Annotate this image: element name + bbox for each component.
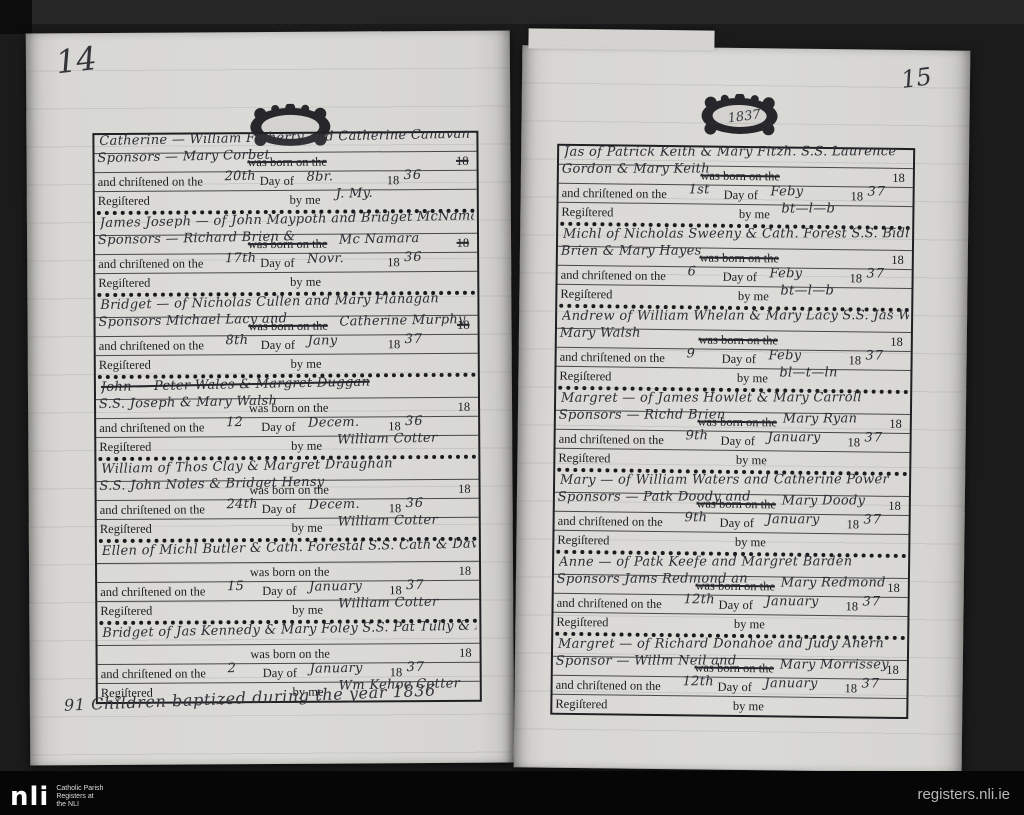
christening-day: 12 <box>226 415 243 430</box>
entry-sponsors: Brien & Mary Hayes <box>561 244 702 259</box>
born-label: was born on the <box>250 647 330 662</box>
registered-label: Regiſtered <box>558 451 610 467</box>
entry-child-and-parents: Ellen of Michl Butler & Cath. Forestal S… <box>102 537 477 560</box>
by-me-label: by me <box>290 193 321 208</box>
register-scan: 14 Catherine — William Flaherty and Cath… <box>0 0 1024 815</box>
entry-born-note: Mary Redmond <box>780 575 885 590</box>
christening-month: January <box>766 594 819 609</box>
christening-year-suffix: 37 <box>867 266 886 281</box>
christening-day: 8th <box>225 333 248 348</box>
entry-sponsors: Sponsors — Mary Corbet <box>97 148 270 166</box>
christened-label: and chriſtened on the <box>99 420 204 436</box>
by-me-label: by me <box>290 275 321 290</box>
by-me-label: by me <box>291 439 322 454</box>
christening-year-prefix: 18 <box>845 599 858 614</box>
baptism-entry: Margret — of Richard Donahoe and Judy Ah… <box>552 632 907 717</box>
birth-year-prefix: 18 <box>459 646 472 661</box>
baptism-entry: William of Thos Clay & Margret Draughan … <box>96 455 478 538</box>
by-me-label: by me <box>739 207 770 222</box>
christened-label: and chriſtened on the <box>99 338 204 354</box>
christening-day: 20th <box>224 169 256 185</box>
christened-label: and chriſtened on the <box>561 268 666 284</box>
baptism-entry: Ellen of Michl Butler & Cath. Forestal S… <box>97 537 479 620</box>
christening-year-prefix: 18 <box>849 353 862 368</box>
christening-year-suffix: 37 <box>868 184 887 199</box>
born-label: was born on the <box>250 565 330 580</box>
christening-day: 2 <box>227 661 236 676</box>
register-page-left: 14 Catherine — William Flaherty and Cath… <box>26 31 514 766</box>
day-of-label: Day of <box>263 666 297 681</box>
christening-month: Decem. <box>308 497 360 513</box>
entry-child-and-parents: Bridget of Jas Kennedy & Mary Foley S.S.… <box>102 619 477 642</box>
born-label: was born on the <box>697 414 777 430</box>
scan-corner-block <box>0 0 32 34</box>
christening-year-suffix: 36 <box>405 414 424 429</box>
birth-year-prefix: 18 <box>456 154 469 169</box>
christening-month: Feby <box>769 348 802 363</box>
by-me-label: by me <box>735 535 766 550</box>
christening-year-prefix: 18 <box>847 517 860 532</box>
by-me-label: by me <box>292 603 323 618</box>
by-me-label: by me <box>737 371 768 386</box>
christening-month: Feby <box>771 184 804 199</box>
christening-month: January <box>309 579 362 595</box>
birth-year-prefix: 18 <box>458 400 471 415</box>
entry-child-and-parents: John — Peter Wales & Margret Duggan <box>101 375 371 395</box>
baptism-entry: Jas of Patrick Keith & Mary Fitzh. S.S. … <box>558 146 913 225</box>
christening-day: 9th <box>685 510 708 525</box>
christened-label: and chriſtened on the <box>559 432 664 448</box>
entry-child-and-parents: William of Thos Clay & Margret Draughan <box>101 456 393 477</box>
entry-child-and-parents: Margret — of James Howlet & Mary Carroll <box>561 390 862 406</box>
by-me-label: by me <box>292 521 323 536</box>
christening-day: 9th <box>686 428 709 443</box>
christening-year-suffix: 37 <box>404 332 423 347</box>
scan-footer-band: nli Catholic Parish Registers at the NLI… <box>0 771 1024 815</box>
christened-label: and chriſtened on the <box>98 174 203 190</box>
registered-label: Regiſtered <box>559 369 611 385</box>
by-me-label: by me <box>734 617 765 632</box>
day-of-label: Day of <box>262 584 296 599</box>
entry-born-note: Mc Namara <box>339 231 420 248</box>
by-me-label: by me <box>733 699 764 714</box>
born-label: was born on the <box>700 168 780 184</box>
born-label: was born on the <box>696 496 776 512</box>
born-label: was born on the <box>249 401 329 416</box>
christened-label: and chriſtened on the <box>557 596 662 612</box>
entry-name-row: Ellen of Michl Butler & Cath. Forestal S… <box>97 543 479 564</box>
christening-day: 24th <box>226 497 258 513</box>
page-tab <box>528 28 714 50</box>
baptism-entry: Mary — of William Waters and Catherine P… <box>554 468 909 553</box>
day-of-label: Day of <box>718 680 753 695</box>
by-me-label: by me <box>738 289 769 304</box>
birth-year-prefix: 18 <box>887 581 900 596</box>
baptism-form-left: Catherine — William Flaherty and Catheri… <box>92 131 481 704</box>
christened-label: and chriſtened on the <box>101 666 206 682</box>
entry-born-note: Catherine Murphy <box>340 312 467 330</box>
christening-month: January <box>767 512 820 527</box>
christened-label: and chriſtened on the <box>98 256 203 272</box>
entry-sponsors: Mary Walsh <box>560 326 641 341</box>
entry-child-and-parents: Michl of Nicholas Sweeny & Cath. Forest … <box>563 226 910 242</box>
christening-year-suffix: 37 <box>862 676 881 691</box>
birth-year-prefix: 18 <box>891 253 904 268</box>
baptism-entry: Anne — of Patk Keefe and Margret Barden … <box>553 550 908 635</box>
entry-born-note: Mary Morrissey <box>779 657 888 672</box>
baptism-entry: John — Peter Wales & Margret Duggan S.S.… <box>96 373 478 456</box>
entry-child-and-parents: Mary — of William Waters and Catherine P… <box>560 472 889 488</box>
site-watermark: registers.nli.ie <box>917 786 1010 803</box>
logo-caption-line3: the NLI <box>56 801 79 808</box>
christening-month: Decem. <box>308 415 360 431</box>
birth-year-prefix: 18 <box>886 663 899 678</box>
day-of-label: Day of <box>262 502 296 517</box>
entry-sponsors: Gordon & Mary Keith <box>562 162 710 177</box>
registrar-signature: bt—l—b <box>780 283 834 298</box>
entry-child-and-parents: Jas of Patrick Keith & Mary Fitzh. S.S. … <box>564 144 896 160</box>
christening-day: 15 <box>227 579 244 594</box>
entry-christening-row: and chriſtened on the 8th Day of Jany 18… <box>96 335 478 356</box>
born-label: was born on the <box>699 250 779 266</box>
entry-registered-row: Regiſtered by me William Cotter <box>97 600 479 620</box>
christening-month: Feby <box>770 266 803 281</box>
baptism-entry: Bridget — of Nicholas Cullen and Mary Fl… <box>95 291 477 374</box>
registered-label: Regiſtered <box>98 194 150 209</box>
christening-year-suffix: 37 <box>866 348 885 363</box>
entry-christening-row: and chriſtened on the 17th Day of Novr. … <box>95 253 477 274</box>
by-me-label: by me <box>736 453 767 468</box>
page-number-left: 14 <box>54 39 99 81</box>
christening-year-suffix: 37 <box>406 660 425 675</box>
baptism-form-right: Jas of Patrick Keith & Mary Fitzh. S.S. … <box>550 144 915 719</box>
day-of-label: Day of <box>260 256 294 271</box>
page-number-right: 15 <box>900 62 934 94</box>
christening-year-prefix: 18 <box>851 189 864 204</box>
day-of-label: Day of <box>724 188 759 203</box>
christening-day: 12th <box>683 674 714 689</box>
entry-born-note: Mary Doody <box>781 493 865 508</box>
christened-label: and chriſtened on the <box>556 678 661 694</box>
born-label: was born on the <box>698 332 778 348</box>
born-label: was born on the <box>249 483 329 498</box>
christening-year-suffix: 36 <box>405 496 424 511</box>
christening-year-suffix: 37 <box>864 512 883 527</box>
entry-registered-row: Regiſtered by me <box>552 695 906 717</box>
baptism-entry: Catherine — William Flaherty and Catheri… <box>94 133 476 210</box>
entry-christening-row: and chriſtened on the 20th Day of 8br. 1… <box>95 171 477 192</box>
christening-year-prefix: 18 <box>848 435 861 450</box>
christened-label: and chriſtened on the <box>100 584 205 600</box>
registered-label: Regiſtered <box>561 205 613 221</box>
christening-year-suffix: 37 <box>406 578 425 593</box>
entry-registered-row: Regiſtered by me <box>95 272 477 292</box>
registered-label: Regiſtered <box>556 615 608 631</box>
christening-year-prefix: 18 <box>387 173 400 188</box>
day-of-label: Day of <box>261 338 295 353</box>
day-of-label: Day of <box>721 434 756 449</box>
entry-child-and-parents: Catherine — William Flaherty and Catheri… <box>99 127 470 149</box>
entry-registered-row: Regiſtered by me <box>96 354 478 374</box>
registered-label: Regiſtered <box>100 604 152 619</box>
christening-month: Novr. <box>307 251 344 267</box>
day-of-label: Day of <box>723 270 758 285</box>
baptism-entry: James Joseph — of John Maypoth and Bridg… <box>95 209 477 292</box>
born-label: was born on the <box>248 319 328 334</box>
entry-child-and-parents: Margret — of Richard Donahoe and Judy Ah… <box>558 636 884 652</box>
register-page-right: 15 1837 Jas of Patrick Keith & Mary Fitz… <box>514 45 971 772</box>
christened-label: and chriſtened on the <box>560 350 665 366</box>
birth-year-prefix: 18 <box>459 564 472 579</box>
entry-child-and-parents: Bridget — of Nicholas Cullen and Mary Fl… <box>100 291 439 313</box>
christening-month: Jany <box>307 333 337 349</box>
baptism-entry: Andrew of William Whelan & Mary Lacy S.S… <box>556 304 911 389</box>
registered-label: Regiſtered <box>99 440 151 455</box>
birth-year-prefix: 18 <box>457 318 470 333</box>
day-of-label: Day of <box>722 352 757 367</box>
registered-label: Regiſtered <box>99 358 151 373</box>
christening-month: January <box>768 430 821 445</box>
christening-year-prefix: 18 <box>388 337 401 352</box>
birth-year-prefix: 18 <box>890 335 903 350</box>
registrar-signature: J. My. <box>335 186 373 202</box>
registered-label: Regiſtered <box>98 276 150 291</box>
entry-registered-row: Regiſtered by me William Cotter <box>97 518 479 538</box>
registrar-signature: William Cotter <box>338 595 439 612</box>
registrar-signature: bl—t—ln <box>779 365 837 380</box>
entry-child-and-parents: Andrew of William Whelan & Mary Lacy S.S… <box>562 308 909 324</box>
birth-year-prefix: 18 <box>457 236 470 251</box>
day-of-label: Day of <box>719 598 754 613</box>
christening-year-suffix: 36 <box>403 168 422 183</box>
logo-caption-line2: Registers at <box>56 793 93 800</box>
christening-day: 17th <box>225 251 257 267</box>
entry-registered-row: Regiſtered by me J. My. <box>95 190 477 210</box>
registered-label: Regiſtered <box>100 522 152 537</box>
christening-year-prefix: 18 <box>387 255 400 270</box>
christening-day: 6 <box>688 264 697 279</box>
christening-year-prefix: 18 <box>850 271 863 286</box>
christening-month: January <box>765 676 818 691</box>
christening-day: 9 <box>687 346 696 361</box>
nli-logo: nli Catholic Parish Registers at the NLI <box>10 785 103 809</box>
registrar-signature: William Cotter <box>337 513 438 530</box>
christened-label: and chriſtened on the <box>562 186 667 202</box>
scan-top-band <box>0 0 1024 24</box>
registered-label: Regiſtered <box>557 533 609 549</box>
entry-name-row: Bridget of Jas Kennedy & Mary Foley S.S.… <box>97 625 479 646</box>
birth-year-prefix: 18 <box>892 171 905 186</box>
registrar-signature: William Cotter <box>337 431 438 448</box>
baptism-entry: Michl of Nicholas Sweeny & Cath. Forest … <box>557 222 912 307</box>
christening-month: January <box>309 661 362 677</box>
by-me-label: by me <box>291 357 322 372</box>
christening-year-suffix: 37 <box>863 594 882 609</box>
nli-logo-icon: nli <box>10 786 49 808</box>
born-label: was born on the <box>248 237 328 252</box>
registered-label: Regiſtered <box>560 287 612 303</box>
christened-label: and chriſtened on the <box>558 514 663 530</box>
christening-year-suffix: 37 <box>865 430 884 445</box>
logo-caption-line1: Catholic Parish <box>56 785 103 792</box>
entry-child-and-parents: Anne — of Patk Keefe and Margret Barden <box>559 554 852 570</box>
birth-year-prefix: 18 <box>888 499 901 514</box>
day-of-label: Day of <box>261 420 295 435</box>
christening-year-prefix: 18 <box>844 681 857 696</box>
christened-label: and chriſtened on the <box>100 502 205 518</box>
registered-label: Regiſtered <box>555 697 607 713</box>
registrar-signature: bt—l—b <box>781 201 835 216</box>
nli-logo-caption: Catholic Parish Registers at the NLI <box>56 785 103 809</box>
entry-child-and-parents: James Joseph — of John Maypoth and Bridg… <box>100 209 475 232</box>
cartouche-ornament-year-icon: 1837 <box>699 93 780 138</box>
christening-month: 8br. <box>306 169 333 185</box>
entry-registered-row: Regiſtered by me William Cotter <box>96 436 478 456</box>
birth-year-prefix: 18 <box>458 482 471 497</box>
birth-year-prefix: 18 <box>889 417 902 432</box>
day-of-label: Day of <box>260 174 294 189</box>
born-label: was born on the <box>247 155 327 170</box>
christening-day: 12th <box>684 592 715 607</box>
christening-year-suffix: 36 <box>404 250 423 265</box>
baptism-entry: Margret — of James Howlet & Mary Carroll… <box>555 386 910 471</box>
christening-day: 1st <box>689 182 710 197</box>
day-of-label: Day of <box>720 516 755 531</box>
entry-born-note: Mary Ryan <box>782 411 857 426</box>
